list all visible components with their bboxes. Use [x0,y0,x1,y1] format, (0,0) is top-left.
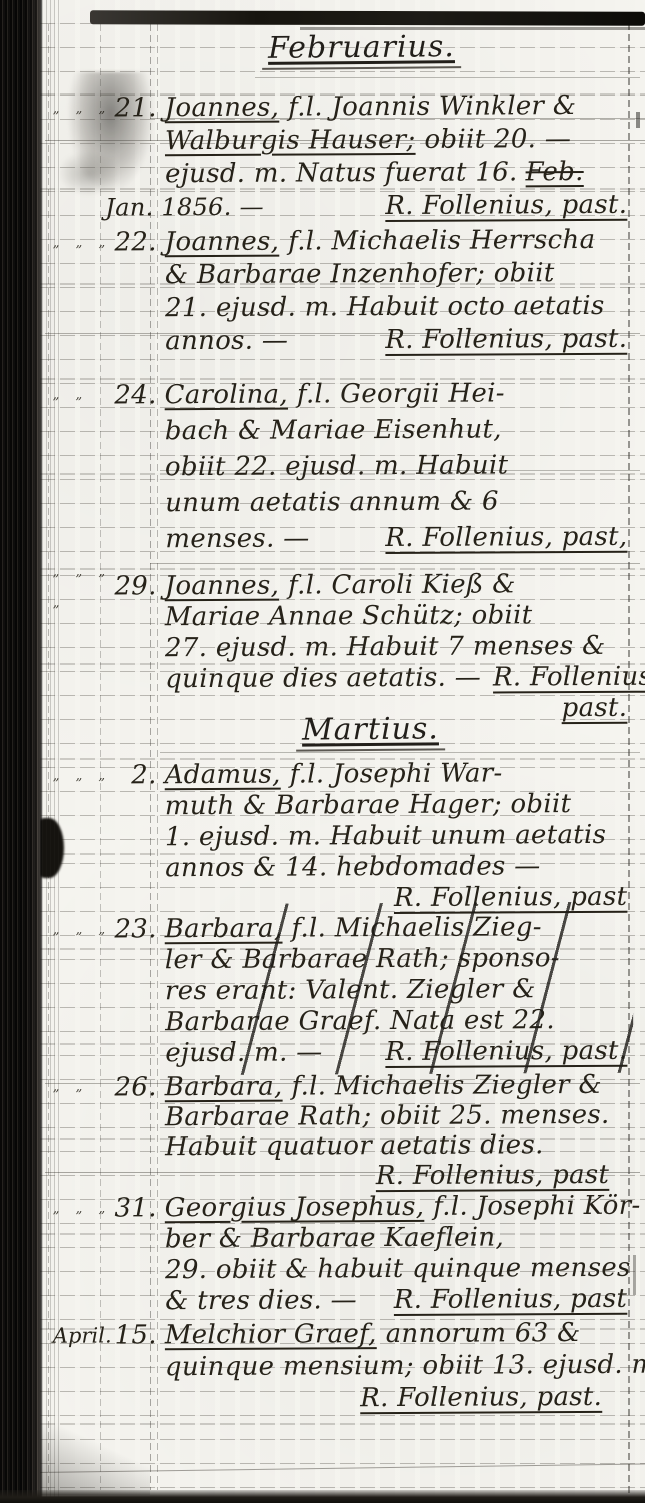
entry-line: annos & 14. hebdomades — [165,851,627,884]
pastor-signature: R. Follenius, past. [348,1381,602,1414]
entry-margin: „ „ „ 22. [53,226,157,260]
rule-line [255,77,640,78]
entry-line: Joannes,f.l. Michaelis Herrscha [165,224,627,259]
entry-name: Walburgis Hauser; [165,124,425,158]
entry-line: obiit 22. ejusd. m. Habuit [165,447,627,485]
entry-text: Barbarae Rath; obiit 25. menses. [165,1100,610,1132]
entry-line: ejusd. m. —R. Follenius, past. [165,1036,627,1069]
entry-name: Joannes, [165,226,289,260]
scan-speck [636,112,640,128]
entry-text: Barbarae Graef. Nata est 22. [165,1005,555,1038]
entry-text: 21. ejusd. m. Habuit octo aetatis [165,290,605,325]
bottom-scan-band [0,1490,645,1503]
entry-text: ejusd. m. — [165,1037,322,1069]
entry-name: Georgius Josephus, [165,1192,434,1224]
binding-shadow [42,0,62,1503]
binding-edge [0,0,42,1503]
entry-text: Habuit quatuor aetatis dies. [165,1130,544,1162]
entry-text: & tres dies. — [165,1285,357,1317]
entry-line: bach & Mariae Eisenhut, [165,411,627,449]
entry-text: f.l. Caroli Kieß & [288,569,516,601]
scanned-register-page: Februarius. Martius. „ „ „ 21. Joannes,f… [0,0,645,1503]
entry-text: f.l. Georgii Hei- [297,375,505,412]
entry-line: Adamus,f.l. Josephi War- [165,758,627,791]
entry-line: ler & Barbarae Rath; sponso- [165,943,627,976]
entry-text: Mariae Annae Schütz; obiit [165,600,533,633]
entry-name: Barbara, [165,914,292,946]
entry-name: Barbara, [165,1072,292,1103]
register-entry: „ „ „ „ 29. Joannes,f.l. Caroli Kieß & M… [165,569,628,726]
entry-name: Joannes, [165,571,289,603]
entry-line: res erant: Valent. Ziegler & [165,974,627,1007]
rule-line [150,563,640,564]
entry-line: R. Follenius, past. [165,1381,627,1415]
top-scan-band [90,10,645,25]
day-number: 29. [114,571,156,602]
entry-name: Joannes, [165,92,289,126]
entry-line: & tres dies. —R. Follenius, past [165,1284,627,1317]
entry-text: obiit 20. — [424,123,571,157]
entry-text: muth & Barbarae Hager; obiit [165,789,572,822]
date-column-rule-2 [157,24,158,1490]
entry-margin: „ „ „ 23. [53,914,157,946]
entry-text: & Barbarae Inzenhofer; obiit [165,257,555,292]
pastor-signature: R. Follenius, past. [373,189,627,223]
day-number: 26. [114,1072,156,1102]
entry-line: past. [165,693,627,726]
entry-text: unum aetatis annum & 6 [165,483,499,521]
entry-line: annos. —R. Follenius, past. [165,323,627,358]
entry-name: Melchior Graef, [165,1318,386,1351]
entry-text: f.l. Michaelis Zieg- [291,912,542,944]
register-entry: „ „ 26. Barbara,f.l. Michaelis Ziegler &… [165,1070,628,1192]
entry-line: Melchior Graef,annorum 63 & [165,1317,627,1351]
entry-text: f.l. Michaelis Herrscha [288,224,595,259]
entry-line: quinque dies aetatis. —R. Follenius, [165,662,627,695]
register-entry: „ „ „ 22. Joannes,f.l. Michaelis Herrsch… [165,224,628,358]
entry-line: Joannes,f.l. Caroli Kieß & [165,569,627,602]
entry-line: Barbarae Graef. Nata est 22. [165,1005,627,1038]
day-number: 22. [114,226,156,259]
register-entry-crossed: „ „ „ 23. Barbara,f.l. Michaelis Zieg- l… [165,912,628,1069]
entry-line: R. Follenius, past [165,1160,627,1192]
entry-margin: „ „ „ 2. [53,760,157,792]
entry-line: muth & Barbarae Hager; obiit [165,789,627,822]
day-number: 24. [114,377,156,413]
entry-text: ler & Barbarae Rath; sponso- [165,943,560,976]
entry-text: 29. obiit & habuit quinque menses [165,1253,631,1286]
entry-line: ejusd. m. Natus fuerat 16.Feb. [165,156,627,191]
entry-text: menses. — [165,520,309,557]
entry-text: quinque mensium; obiit 13. ejusd. m. — [165,1348,645,1383]
day-number: 23. [114,914,156,945]
day-number: 15. [115,1319,157,1351]
entry-margin: April. 15. [53,1319,157,1352]
month-header-february: Februarius. [262,29,461,70]
entry-line: Carolina,f.l. Georgii Hei- [165,375,627,413]
pastor-signature: R. Follenius, past [364,1160,610,1191]
entry-text: annorum 63 & [386,1317,581,1350]
entry-margin: „ „ 26. [53,1072,157,1103]
entry-line: Mariae Annae Schütz; obiit [165,600,627,633]
entry-line: R. Follenius, past [165,882,627,915]
scan-speck [633,1255,636,1295]
entry-text: quinque dies aetatis. — [165,663,481,696]
entry-line: 29. obiit & habuit quinque menses [165,1253,627,1286]
margin-note: Jan. 1856. — [105,191,264,225]
struck-text: Feb. [517,156,583,189]
entry-line: Habuit quatuor aetatis dies. [165,1130,627,1162]
entry-line: Joannes,f.l. Joannis Winkler & [165,90,627,125]
entry-text: f.l. Michaelis Ziegler & [291,1070,601,1102]
pastor-signature: R. Follenius, past. [373,1036,627,1068]
day-number: 2. [131,760,157,791]
entry-text: f.l. Joannis Winkler & [288,90,576,125]
entry-line: unum aetatis annum & 6 [165,483,627,521]
entry-margin: „ „ 24. [53,377,157,414]
register-entry: „ „ „ 2. Adamus,f.l. Josephi War- muth &… [165,758,628,915]
entry-text: ejusd. m. Natus fuerat 16. [165,156,518,191]
entry-text: 1. ejusd. m. Habuit unum aetatis [165,820,606,853]
rule-line [160,752,640,753]
entry-text: annos. — [165,325,288,359]
ink-smudge-small [58,150,120,196]
top-scan-band-echo [300,27,645,30]
pastor-signature: past. [550,693,628,724]
entry-text: res erant: Valent. Ziegler & [165,974,536,1007]
day-number: 31. [114,1193,156,1224]
entry-line: 27. ejusd. m. Habuit 7 menses & [165,631,627,664]
day-number: 21. [114,92,156,125]
entry-text: ber & Barbarae Kaeflein, [165,1222,504,1255]
pastor-signature: R. Follenius, past. [373,323,627,357]
pastor-signature: R. Follenius, past [382,882,628,914]
entry-line: Jan. 1856. —R. Follenius, past. [165,189,627,224]
entry-margin: „ „ „ 21. [53,92,157,126]
entry-line: Walburgis Hauser;obiit 20. — [165,123,627,158]
entry-line: menses. —R. Follenius, past, [165,519,627,557]
register-entry: „ „ „ 21. Joannes,f.l. Joannis Winkler &… [165,90,628,224]
register-entry: „ „ 24. Carolina,f.l. Georgii Hei- bach … [165,375,628,557]
entry-text: f.l. Josephi War- [290,758,503,790]
entry-line: Georgius Josephus,f.l. Josephi Kör- [165,1191,627,1224]
pastor-signature: R. Follenius, past [382,1284,628,1316]
entry-name: Carolina, [165,377,298,414]
entry-text: bach & Mariae Eisenhut, [165,411,502,449]
entry-line: 21. ejusd. m. Habuit octo aetatis [165,290,627,325]
entry-line: Barbara,f.l. Michaelis Zieg- [165,912,627,945]
entry-text: obiit 22. ejusd. m. Habuit [165,447,508,485]
entry-text: f.l. Josephi Kör- [433,1191,640,1223]
entry-line: ber & Barbarae Kaeflein, [165,1222,627,1255]
entry-line: Barbarae Rath; obiit 25. menses. [165,1100,627,1132]
entry-text: 27. ejusd. m. Habuit 7 menses & [165,631,606,664]
entry-margin: „ „ „ „ 29. [53,571,157,603]
entry-name: Adamus, [165,760,290,792]
register-entry: „ „ „ 31. Georgius Josephus,f.l. Josephi… [165,1191,628,1317]
register-entry: April. 15. Melchior Graef,annorum 63 & q… [165,1317,627,1415]
entry-margin: „ „ „ 31. [53,1193,157,1225]
pastor-signature: R. Follenius, past, [373,519,627,556]
entry-text: annos & 14. hebdomades — [165,851,541,884]
entry-line: & Barbarae Inzenhofer; obiit [165,257,627,292]
pastor-signature: R. Follenius, [481,662,645,694]
entry-line: quinque mensium; obiit 13. ejusd. m. — [165,1349,627,1383]
entry-line: 1. ejusd. m. Habuit unum aetatis [165,820,627,853]
entry-line: Barbara,f.l. Michaelis Ziegler & [165,1070,627,1102]
